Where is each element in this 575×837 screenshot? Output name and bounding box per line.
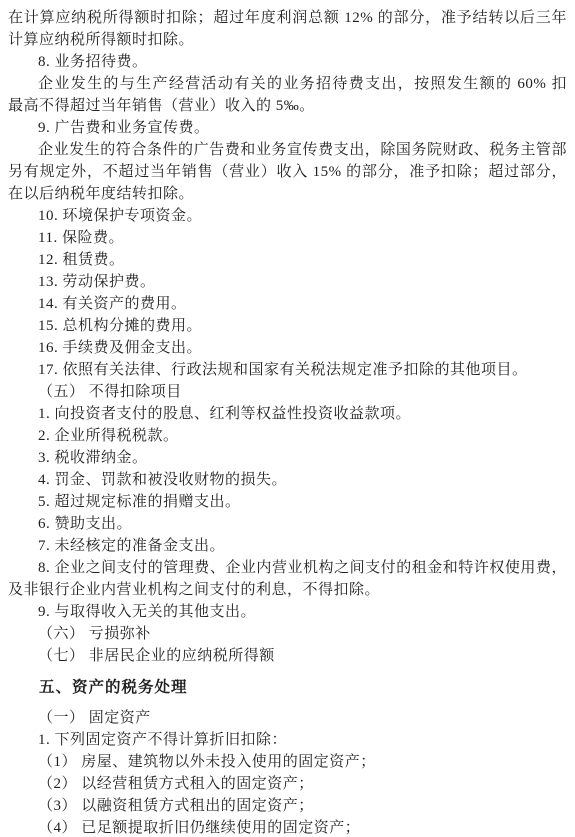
list-item-line: 1. 下列固定资产不得计算折旧扣除：: [8, 729, 567, 751]
document-page: 在计算应纳税所得额时扣除；超过年度利润总额 12% 的部分，准予结转以后三年内在…: [0, 0, 575, 837]
section-heading: 五、资产的税务处理: [8, 677, 567, 699]
list-item-line: 14. 有关资产的费用。: [8, 293, 567, 315]
subsection-title: （五） 不得扣除项目: [8, 381, 567, 403]
list-item-line: 1. 向投资者支付的股息、红利等权益性投资收益款项。: [8, 403, 567, 425]
text-line: 企业发生的符合条件的广告费和业务宣传费支出，除国务院财政、税务主管部门: [8, 139, 567, 161]
list-item-line: （1） 房屋、建筑物以外未投入使用的固定资产；: [8, 751, 567, 773]
list-item-line: （3） 以融资租赁方式租出的固定资产；: [8, 795, 567, 817]
text-line: 企业发生的与生产经营活动有关的业务招待费支出，按照发生额的 60% 扣除，但: [8, 73, 567, 95]
list-item-line: 11. 保险费。: [8, 227, 567, 249]
list-item-line: 4. 罚金、罚款和被没收财物的损失。: [8, 469, 567, 491]
list-item-line: 16. 手续费及佣金支出。: [8, 337, 567, 359]
list-item-line: （4） 已足额提取折旧仍继续使用的固定资产；: [8, 817, 567, 837]
list-item-line: 2. 企业所得税税款。: [8, 425, 567, 447]
list-item-line: 9. 与取得收入无关的其他支出。: [8, 601, 567, 623]
list-item-line: 15. 总机构分摊的费用。: [8, 315, 567, 337]
subsection-title: （一） 固定资产: [8, 707, 567, 729]
list-item-line: 7. 未经核定的准备金支出。: [8, 535, 567, 557]
list-item-line: （2） 以经营租赁方式租入的固定资产；: [8, 773, 567, 795]
subsection-title: （七） 非居民企业的应纳税所得额: [8, 645, 567, 667]
text-line: 及非银行企业内营业机构之间支付的利息，不得扣除。: [8, 579, 567, 601]
list-item-line: 5. 超过规定标准的捐赠支出。: [8, 491, 567, 513]
text-line: 另有规定外，不超过当年销售（营业）收入 15% 的部分，准予扣除；超过部分，准予: [8, 161, 567, 183]
list-item-line: 17. 依照有关法律、行政法规和国家有关税法规定准予扣除的其他项目。: [8, 359, 567, 381]
list-item-line: 8. 业务招待费。: [8, 51, 567, 73]
list-item-line: 6. 赞助支出。: [8, 513, 567, 535]
text-line: 在以后纳税年度结转扣除。: [8, 183, 567, 205]
text-line: 在计算应纳税所得额时扣除；超过年度利润总额 12% 的部分，准予结转以后三年内在: [8, 7, 567, 29]
list-item-line: 9. 广告费和业务宣传费。: [8, 117, 567, 139]
text-line: 8. 企业之间支付的管理费、企业内营业机构之间支付的租金和特许权使用费，以: [8, 557, 567, 579]
list-item-line: 10. 环境保护专项资金。: [8, 205, 567, 227]
subsection-title: （六） 亏损弥补: [8, 623, 567, 645]
list-item-line: 13. 劳动保护费。: [8, 271, 567, 293]
list-item-line: 12. 租赁费。: [8, 249, 567, 271]
text-line: 最高不得超过当年销售（营业）收入的 5‰。: [8, 95, 567, 117]
list-item-line: 3. 税收滞纳金。: [8, 447, 567, 469]
text-line: 计算应纳税所得额时扣除。: [8, 29, 567, 51]
